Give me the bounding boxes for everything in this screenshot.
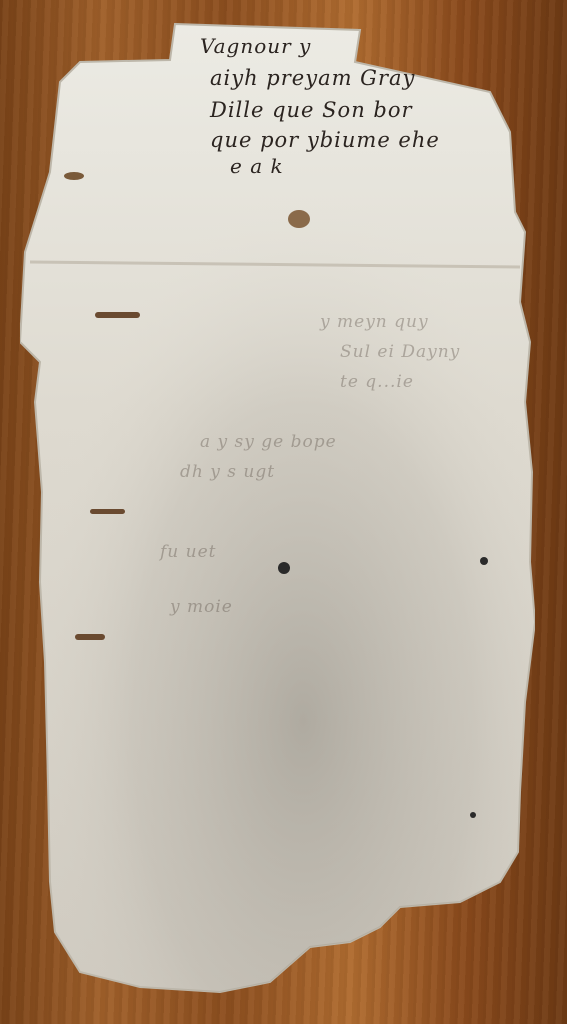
faint-line-2: Sul ei Dayny <box>340 342 460 362</box>
handwriting-line-4: que por ybiume ehe <box>210 128 440 152</box>
faint-line-7: y moie <box>170 597 233 617</box>
mark-2 <box>90 509 125 514</box>
handwriting-line-2: aiyh preyam Gray <box>210 66 415 90</box>
faint-line-6: fu uet <box>160 542 217 562</box>
handwriting-line-5: e a k <box>230 154 284 178</box>
stain-2 <box>64 172 84 180</box>
faint-line-3: te q...ie <box>340 372 414 392</box>
handwriting-line-1: Vagnour y <box>200 34 311 58</box>
manuscript-paper: Vagnour y aiyh preyam Gray Dille que Son… <box>20 22 535 997</box>
hole-1 <box>278 562 290 574</box>
handwriting-line-3: Dille que Son bor <box>210 98 413 122</box>
mark-3 <box>75 634 105 640</box>
faint-line-5: dh y s ugt <box>180 462 275 482</box>
hole-2 <box>480 557 488 565</box>
stain-1 <box>288 210 310 228</box>
hole-3 <box>470 812 476 818</box>
faint-line-4: a y sy ge bope <box>200 432 337 452</box>
faint-line-1: y meyn quy <box>320 312 429 332</box>
mark-1 <box>95 312 140 318</box>
